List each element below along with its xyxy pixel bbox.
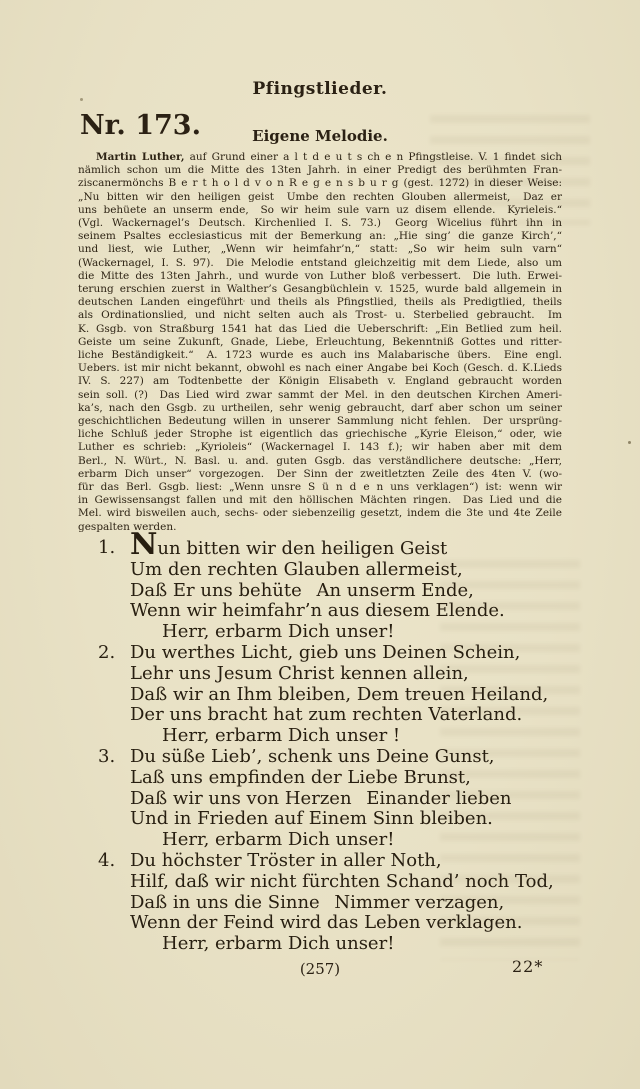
commentary-line: K. Gsgb. von Straßburg 1541 hat das Lied… (78, 323, 562, 336)
verse-line: Um den rechten Glauben allermeist, (96, 560, 566, 581)
hymn-verse: 4.Du höchster Tröster in aller Noth, Hil… (96, 851, 566, 955)
verse-refrain: Herr, erbarm Dich unser! (96, 622, 566, 643)
commentary-line: „Nu bitten wir den heiligen geist Umbe d… (78, 191, 562, 204)
commentary-line: ka’s, nach den Gsgb. zu urtheilen, sehr … (78, 402, 562, 415)
commentary-line: die Mitte des 13ten Jahrh., und wurde vo… (78, 270, 562, 283)
commentary-first-line-rest: auf Grund einer a l t d e u t s ch e n P… (185, 151, 563, 163)
verse-line: Daß in uns die Sinne Nimmer verzagen, (96, 893, 566, 914)
verse-first-line: 1.Nun bitten wir den heiligen Geist (96, 538, 566, 560)
commentary-line: Geiste um seine Zukunft, Gnade, Liebe, E… (78, 336, 562, 349)
signature-mark: 22* (512, 957, 543, 976)
commentary-lead: Martin Luther, (96, 151, 185, 163)
commentary-line: seinem Psaltes ecclesiasticus mit der Be… (78, 230, 562, 243)
verse-line-text: Daß Er uns behüte An unserm Ende, (130, 581, 474, 602)
verse-line: Lehr uns Jesum Christ kennen allein, (96, 664, 566, 685)
commentary-line: ziscanermönchs B e r t h o l d v o n R e… (78, 177, 562, 190)
verse-first-line: 2.Du werthes Licht, gieb uns Deinen Sche… (96, 643, 566, 664)
verse-line-text: Der uns bracht hat zum rechten Vaterland… (130, 705, 522, 726)
book-page: Pfingstlieder. Nr. 173. Eigene Melodie. … (0, 0, 640, 1089)
commentary-line: geschichtlichen Bedeutung willen in unse… (78, 415, 562, 428)
commentary-line: terung erschien zuerst in Walther’s Gesa… (78, 283, 562, 296)
verse-number: 2. (98, 643, 115, 664)
refrain-text: Herr, erbarm Dich unser! (162, 830, 394, 851)
verse-refrain: Herr, erbarm Dich unser! (96, 934, 566, 955)
verse-line: Daß wir uns von Herzen Einander lieben (96, 789, 566, 810)
verse-refrain: Herr, erbarm Dich unser! (96, 830, 566, 851)
verse-line-text: Wenn der Feind wird das Leben verklagen. (130, 913, 522, 934)
verse-line-text: Daß wir uns von Herzen Einander lieben (130, 789, 512, 810)
commentary-line: deutschen Landen eingeführt und theils a… (78, 296, 562, 309)
hymn-verse: 3.Du süße Lieb’, schenk uns Deine Gunst,… (96, 747, 566, 851)
commentary-line: Uebers. ist mir nicht bekannt, obwohl es… (78, 362, 562, 375)
commentary-line: IV. S. 227) am Todtenbette der Königin E… (78, 375, 562, 388)
verse-line: Laß uns empfinden der Liebe Brunst, (96, 768, 566, 789)
commentary-line: uns behüete an unserm ende, So wir heim … (78, 204, 562, 217)
hymn-verse: 1.Nun bitten wir den heiligen Geist Um d… (96, 538, 566, 643)
commentary-line: Mel. wird bisweilen auch, sechs- oder si… (78, 507, 562, 520)
verse-line: Wenn der Feind wird das Leben verklagen. (96, 913, 566, 934)
commentary-line: und liest, wie Luther, „Wenn wir heimfah… (78, 243, 562, 256)
verse-line: Wenn wir heimfahr’n aus diesem Elende. (96, 601, 566, 622)
commentary-line: in Gewissensangst fallen und mit den höl… (78, 494, 562, 507)
verse-first-line: 3.Du süße Lieb’, schenk uns Deine Gunst, (96, 747, 566, 768)
commentary-line: nämlich schon um die Mitte des 13ten Jah… (78, 164, 562, 177)
refrain-text: Herr, erbarm Dich unser! (162, 622, 394, 643)
commentary-line: sein soll. (?) Das Lied wird zwar sammt … (78, 389, 562, 402)
verse-refrain: Herr, erbarm Dich unser ! (96, 726, 566, 747)
running-head: Pfingstlieder. (0, 79, 640, 99)
verse-number: 3. (98, 747, 115, 768)
commentary-line: (Vgl. Wackernagel’s Deutsch. Kirchenlied… (78, 217, 562, 230)
verse-first-line: 4.Du höchster Tröster in aller Noth, (96, 851, 566, 872)
commentary-line: liche Schluß jeder Strophe ist eigentlic… (78, 428, 562, 441)
page-number: (257) (0, 960, 640, 978)
refrain-text: Herr, erbarm Dich unser ! (162, 726, 400, 747)
commentary-line: Luther es schrieb: „Kyrioleis“ (Wackerna… (78, 441, 562, 454)
verse-number: 1. (98, 538, 115, 559)
verse-line: Und in Frieden auf Einem Sinn bleiben. (96, 809, 566, 830)
verse-line-text: Hilf, daß wir nicht fürchten Schand’ noc… (130, 872, 554, 893)
verse-line-text: Wenn wir heimfahr’n aus diesem Elende. (130, 601, 505, 622)
commentary-line: (Wackernagel, I. S. 97). Die Melodie ent… (78, 257, 562, 270)
verse-line-text: Um den rechten Glauben allermeist, (130, 560, 463, 581)
commentary-line: für das Berl. Gsgb. liest: „Wenn unsre S… (78, 481, 562, 494)
commentary-lines: nämlich schon um die Mitte des 13ten Jah… (78, 164, 562, 534)
commentary-line: Martin Luther, auf Grund einer a l t d e… (78, 151, 562, 164)
verse-line-text: Und in Frieden auf Einem Sinn bleiben. (130, 809, 493, 830)
verse-line-text: Du süße Lieb’, schenk uns Deine Gunst, (130, 747, 495, 768)
verse-line: Daß wir an Ihm bleiben, Dem treuen Heila… (96, 685, 566, 706)
verse-line: Der uns bracht hat zum rechten Vaterland… (96, 705, 566, 726)
verse-number: 4. (98, 851, 115, 872)
commentary-paragraph: Martin Luther, auf Grund einer a l t d e… (78, 151, 562, 534)
melody-heading: Eigene Melodie. (0, 127, 640, 145)
verse-line-text: Du höchster Tröster in aller Noth, (130, 851, 442, 872)
verse-line-text: Nun bitten wir den heiligen Geist (130, 538, 447, 560)
verse-line-text: Lehr uns Jesum Christ kennen allein, (130, 664, 469, 685)
verse-line-text: Laß uns empfinden der Liebe Brunst, (130, 768, 471, 789)
verse-line: Hilf, daß wir nicht fürchten Schand’ noc… (96, 872, 566, 893)
hymn-verse: 2.Du werthes Licht, gieb uns Deinen Sche… (96, 643, 566, 747)
commentary-line: Berl., N. Würt., N. Basl. u. and. guten … (78, 455, 562, 468)
verse-line-text: Daß in uns die Sinne Nimmer verzagen, (130, 893, 504, 914)
commentary-line: als Ordinationslied, und nicht selten au… (78, 309, 562, 322)
verse-line: Daß Er uns behüte An unserm Ende, (96, 581, 566, 602)
verse-line-text: Daß wir an Ihm bleiben, Dem treuen Heila… (130, 685, 548, 706)
commentary-line: liche Beständigkeit.“ A. 1723 wurde es a… (78, 349, 562, 362)
paper-speck (628, 441, 631, 444)
refrain-text: Herr, erbarm Dich unser! (162, 934, 394, 955)
commentary-line: erbarm Dich unser“ vorgezogen. Der Sinn … (78, 468, 562, 481)
hymn-verses: 1.Nun bitten wir den heiligen Geist Um d… (96, 538, 566, 955)
verse-line-text: Du werthes Licht, gieb uns Deinen Schein… (130, 643, 520, 664)
